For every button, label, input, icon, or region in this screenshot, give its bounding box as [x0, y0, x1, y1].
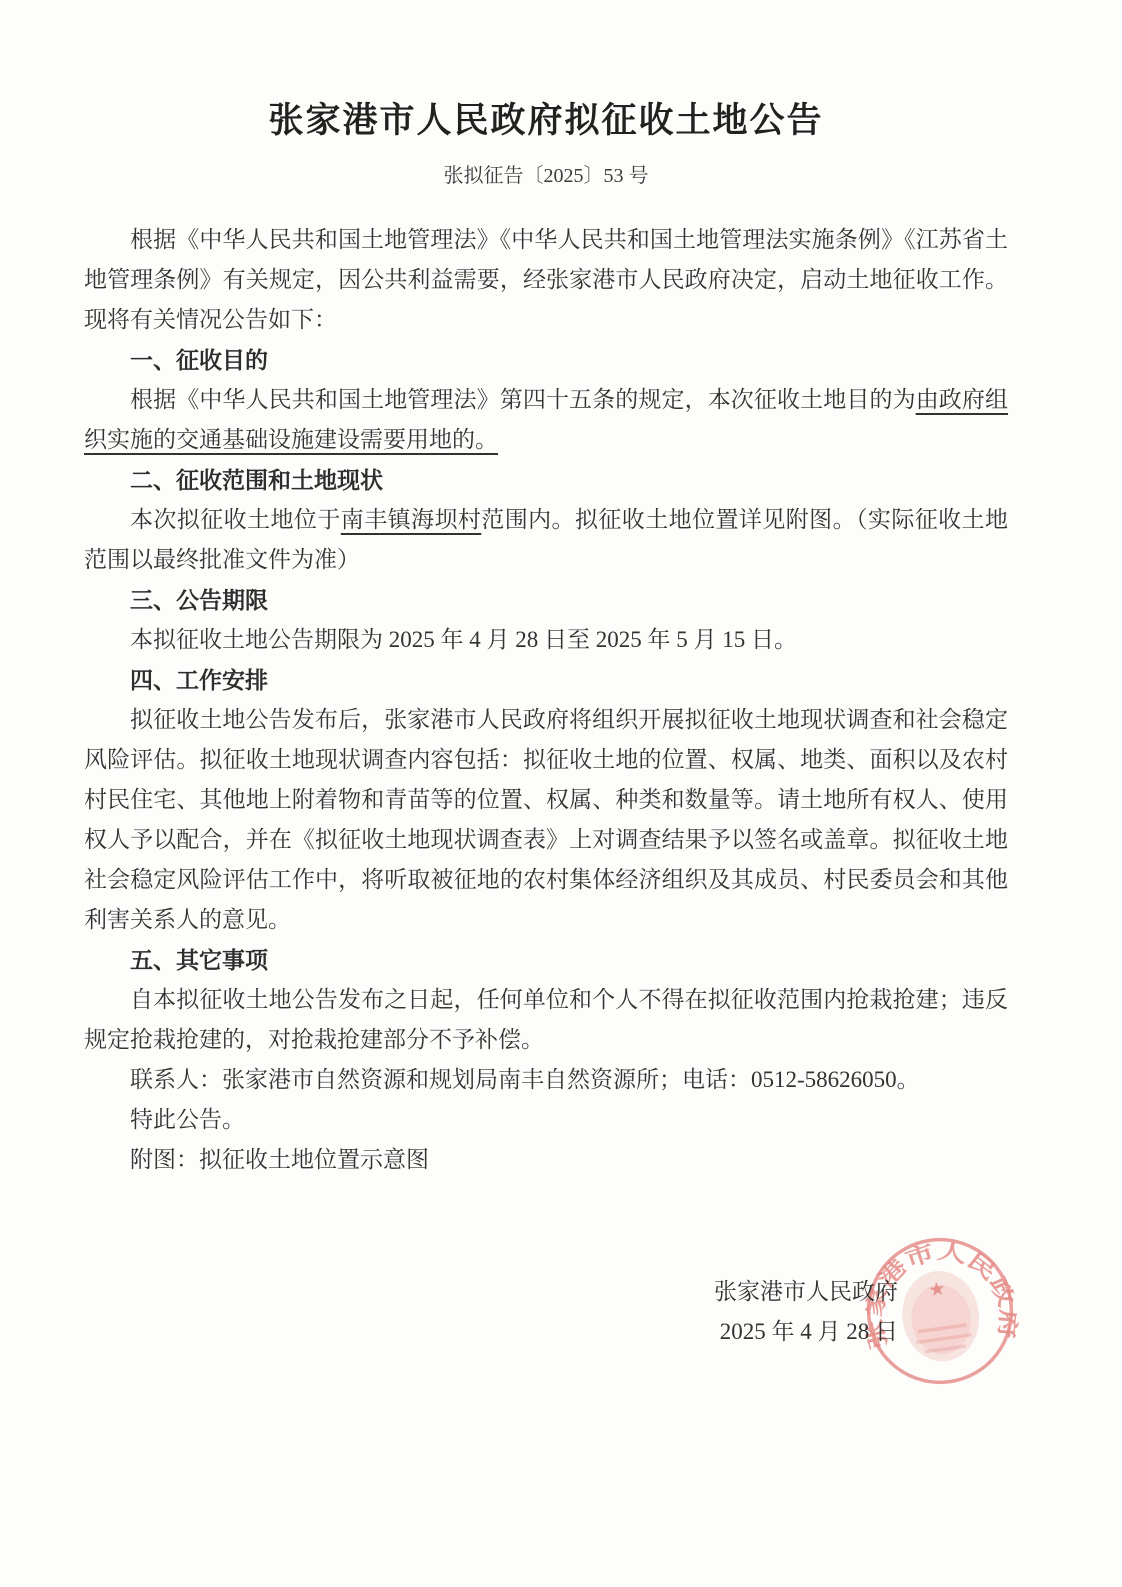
- attachment-line: 附图：拟征收土地位置示意图: [84, 1140, 1008, 1180]
- underlined-text: 南丰镇海坝村: [341, 507, 482, 532]
- document-body: 根据《中华人民共和国土地管理法》《中华人民共和国土地管理法实施条例》《江苏省土地…: [84, 220, 1008, 1180]
- text-run: 本次拟征收土地位于: [130, 507, 341, 532]
- section-heading-1: 一、征收目的: [84, 340, 1008, 380]
- section-heading-2: 二、征收范围和土地现状: [84, 460, 1008, 500]
- signature-block: 张家港市人民政府 2025 年 4 月 28 日: [84, 1272, 1008, 1352]
- text-run: 根据《中华人民共和国土地管理法》第四十五条的规定，本次征收土地目的为: [130, 387, 916, 412]
- section-paragraph-5: 自本拟征收土地公告发布之日起，任何单位和个人不得在拟征收范围内抢栽抢建；违反规定…: [84, 980, 1008, 1060]
- document-page: 张家港市人民政府拟征收土地公告 张拟征告〔2025〕53 号 根据《中华人民共和…: [0, 0, 1122, 1587]
- contact-line: 联系人：张家港市自然资源和规划局南丰自然资源所；电话：0512-58626050…: [84, 1060, 1008, 1100]
- issuer-name: 张家港市人民政府: [84, 1272, 898, 1312]
- section-paragraph-3: 本拟征收土地公告期限为 2025 年 4 月 28 日至 2025 年 5 月 …: [84, 620, 1008, 660]
- issue-date: 2025 年 4 月 28 日: [84, 1312, 898, 1352]
- section-heading-5: 五、其它事项: [84, 940, 1008, 980]
- section-paragraph-2: 本次拟征收土地位于南丰镇海坝村范围内。拟征收土地位置详见附图。（实际征收土地范围…: [84, 500, 1008, 580]
- doc-number: 张拟征告〔2025〕53 号: [84, 162, 1008, 190]
- section-paragraph-1: 根据《中华人民共和国土地管理法》第四十五条的规定，本次征收土地目的为由政府组织实…: [84, 380, 1008, 460]
- intro-paragraph: 根据《中华人民共和国土地管理法》《中华人民共和国土地管理法实施条例》《江苏省土地…: [84, 220, 1008, 340]
- section-heading-4: 四、工作安排: [84, 660, 1008, 700]
- document-content: 张家港市人民政府拟征收土地公告 张拟征告〔2025〕53 号 根据《中华人民共和…: [0, 0, 1122, 1352]
- page-title: 张家港市人民政府拟征收土地公告: [84, 98, 1008, 144]
- section-heading-3: 三、公告期限: [84, 580, 1008, 620]
- section-paragraph-4: 拟征收土地公告发布后，张家港市人民政府将组织开展拟征收土地现状调查和社会稳定风险…: [84, 700, 1008, 940]
- closing-line: 特此公告。: [84, 1100, 1008, 1140]
